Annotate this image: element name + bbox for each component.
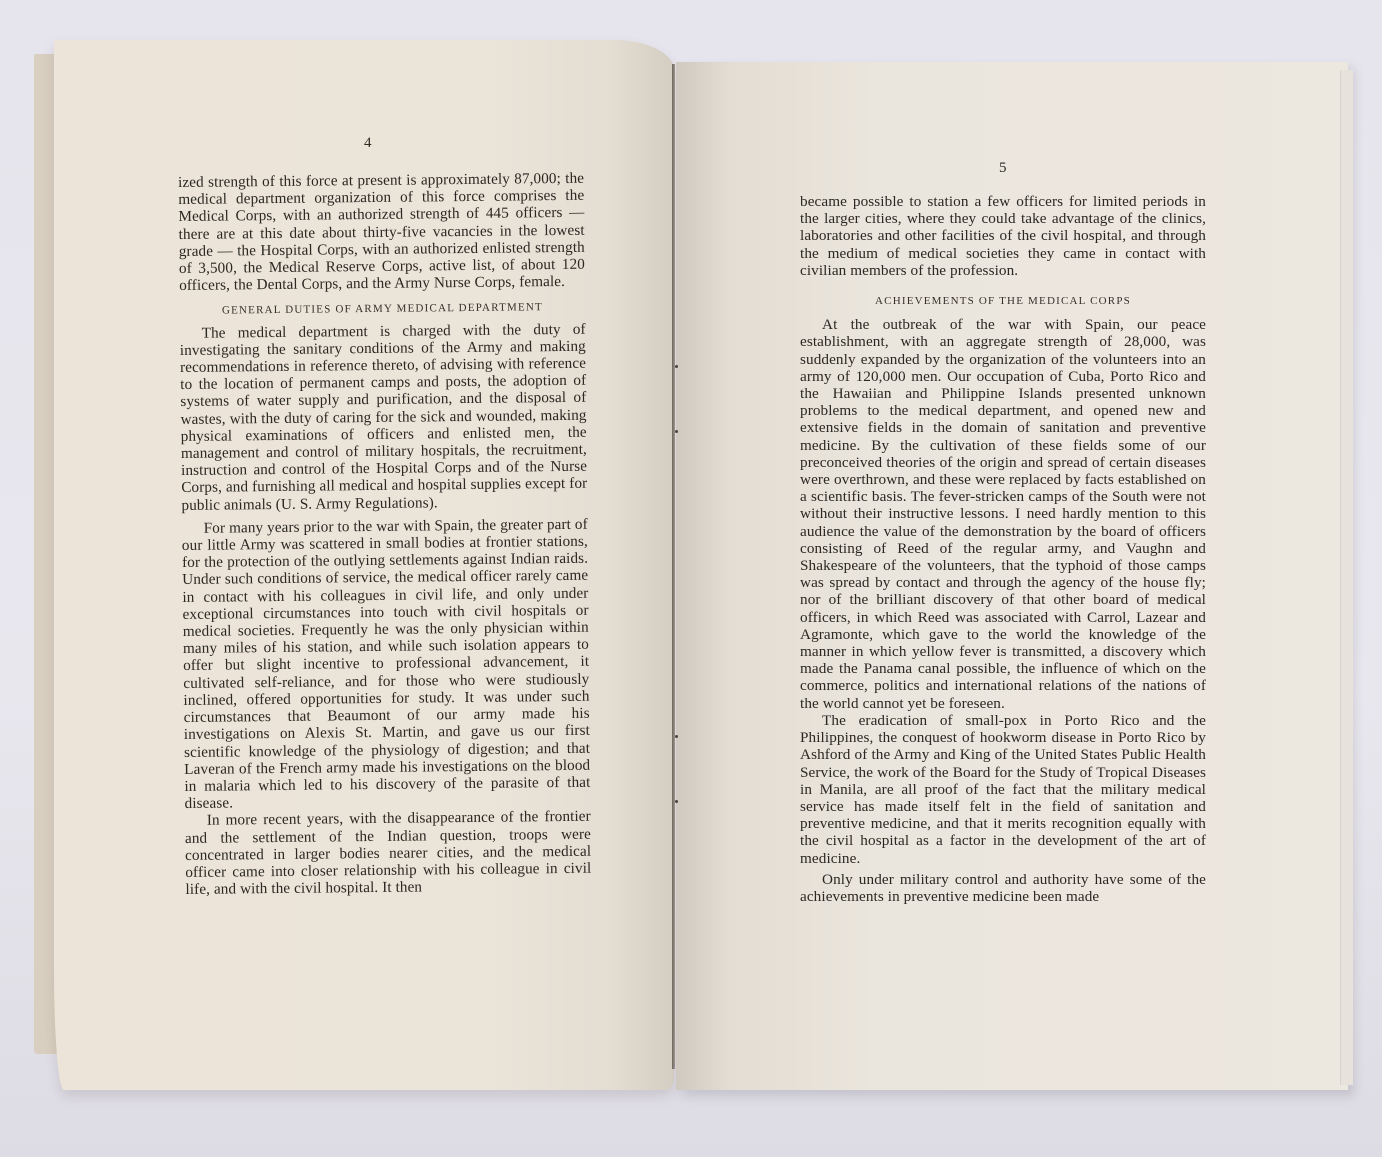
section-heading: Achievements of the medical corps	[800, 293, 1206, 310]
paragraph: The medical department is charged with t…	[180, 320, 588, 513]
open-booklet: 4 5 ized strength of this force at prese…	[0, 0, 1382, 1157]
section-heading: General duties of army medical departmen…	[179, 299, 585, 320]
page-number-right: 5	[999, 160, 1007, 177]
left-page-text: ized strength of this force at present i…	[178, 170, 592, 899]
paragraph: Only under military control and authorit…	[800, 871, 1206, 905]
paragraph: The eradication of small-pox in Porto Ri…	[800, 712, 1206, 867]
spine-stitch	[675, 430, 678, 433]
spine-stitch	[675, 800, 678, 803]
paragraph: ized strength of this force at present i…	[178, 170, 585, 295]
paragraph: In more recent years, with the disappear…	[185, 808, 592, 898]
paragraph: At the outbreak of the war with Spain, o…	[800, 316, 1206, 712]
spine-stitch	[675, 735, 678, 738]
right-cover-edge	[1340, 70, 1353, 1085]
paragraph: became possible to station a few officer…	[800, 193, 1206, 279]
book-spine	[672, 64, 675, 1069]
paragraph: For many years prior to the war with Spa…	[182, 516, 591, 813]
right-page-text: became possible to station a few officer…	[800, 193, 1206, 905]
spine-stitch	[675, 365, 678, 368]
page-number-left: 4	[364, 135, 372, 152]
